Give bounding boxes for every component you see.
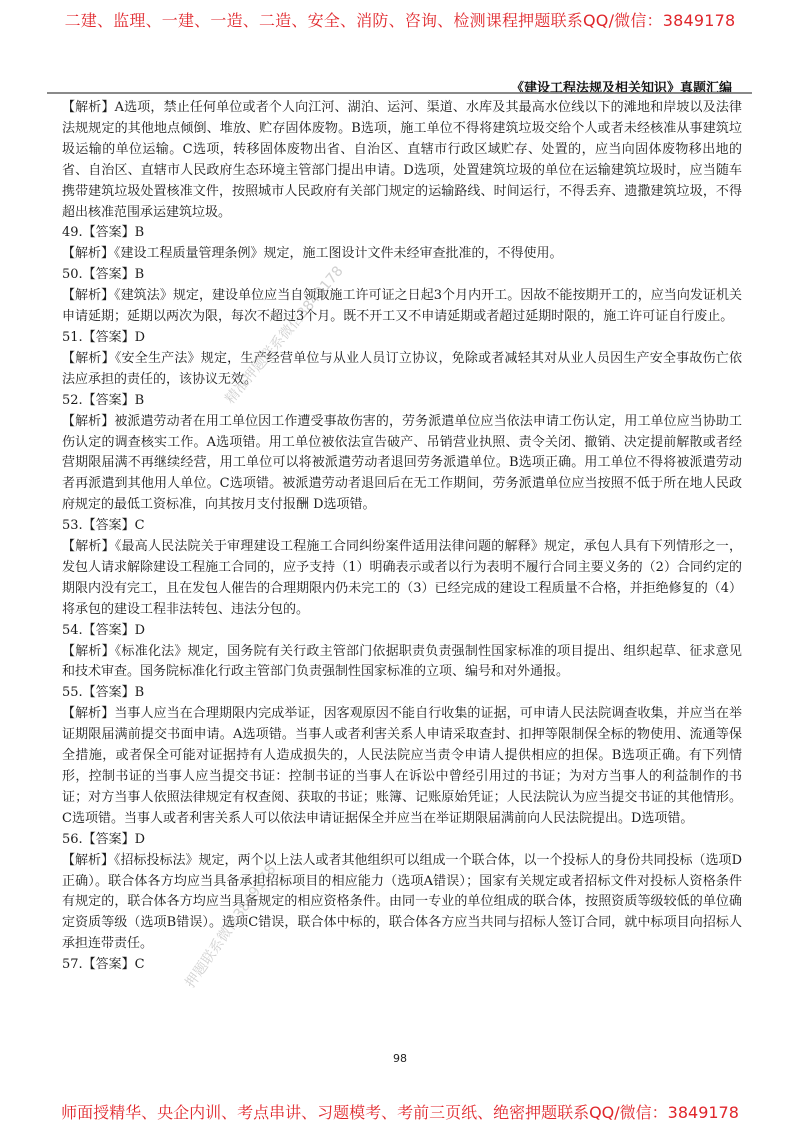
- analysis-paragraph-53: 【解析】《最高人民法院关于审理建设工程施工合同纠纷案件适用法律问题的解释》规定，…: [62, 537, 742, 621]
- answer-line-49: 49.【答案】B: [62, 223, 742, 244]
- analysis-paragraph-55: 【解析】当事人应当在合理期限内完成举证，因客观原因不能自行收集的证据，可申请人民…: [62, 704, 742, 829]
- answer-line-50: 50.【答案】B: [62, 265, 742, 286]
- analysis-paragraph-54: 【解析】《标准化法》规定，国务院有关行政主管部门依据职责负责强制性国家标准的项目…: [62, 642, 742, 684]
- analysis-paragraph-52: 【解析】被派遣劳动者在用工单位因工作遭受事故伤害的，劳务派遣单位应当依法申请工伤…: [62, 412, 742, 517]
- document-body: 【解析】A选项，禁止任何单位或者个人向江河、湖泊、运河、渠道、水库及其最高水位线…: [62, 98, 742, 976]
- page-number: 98: [0, 1052, 800, 1065]
- promo-banner-bottom: 师面授精华、央企内训、考点串讲、习题模考、考前三页纸、绝密押题联系QQ/微信：3…: [0, 1100, 800, 1123]
- analysis-paragraph: 【解析】A选项，禁止任何单位或者个人向江河、湖泊、运河、渠道、水库及其最高水位线…: [62, 98, 742, 223]
- answer-line-51: 51.【答案】D: [62, 328, 742, 349]
- answer-line-56: 56.【答案】D: [62, 830, 742, 851]
- answer-line-52: 52.【答案】B: [62, 391, 742, 412]
- header-divider: [47, 92, 752, 94]
- answer-line-54: 54.【答案】D: [62, 621, 742, 642]
- answer-line-55: 55.【答案】B: [62, 683, 742, 704]
- promo-banner-top: 二建、监理、一建、一造、二造、安全、消防、咨询、检测课程押题联系QQ/微信：38…: [0, 8, 800, 31]
- analysis-paragraph-49: 【解析】《建设工程质量管理条例》规定，施工图设计文件未经审查批准的，不得使用。: [62, 244, 742, 265]
- analysis-paragraph-50: 【解析】《建筑法》规定，建设单位应当自领取施工许可证之日起3个月内开工。因故不能…: [62, 286, 742, 328]
- answer-line-53: 53.【答案】C: [62, 516, 742, 537]
- answer-line-57: 57.【答案】C: [62, 955, 742, 976]
- analysis-paragraph-56: 【解析】《招标投标法》规定，两个以上法人或者其他组织可以组成一个联合体，以一个投…: [62, 851, 742, 956]
- analysis-paragraph-51: 【解析】《安全生产法》规定，生产经营单位与从业人员订立协议，免除或者减轻其对从业…: [62, 349, 742, 391]
